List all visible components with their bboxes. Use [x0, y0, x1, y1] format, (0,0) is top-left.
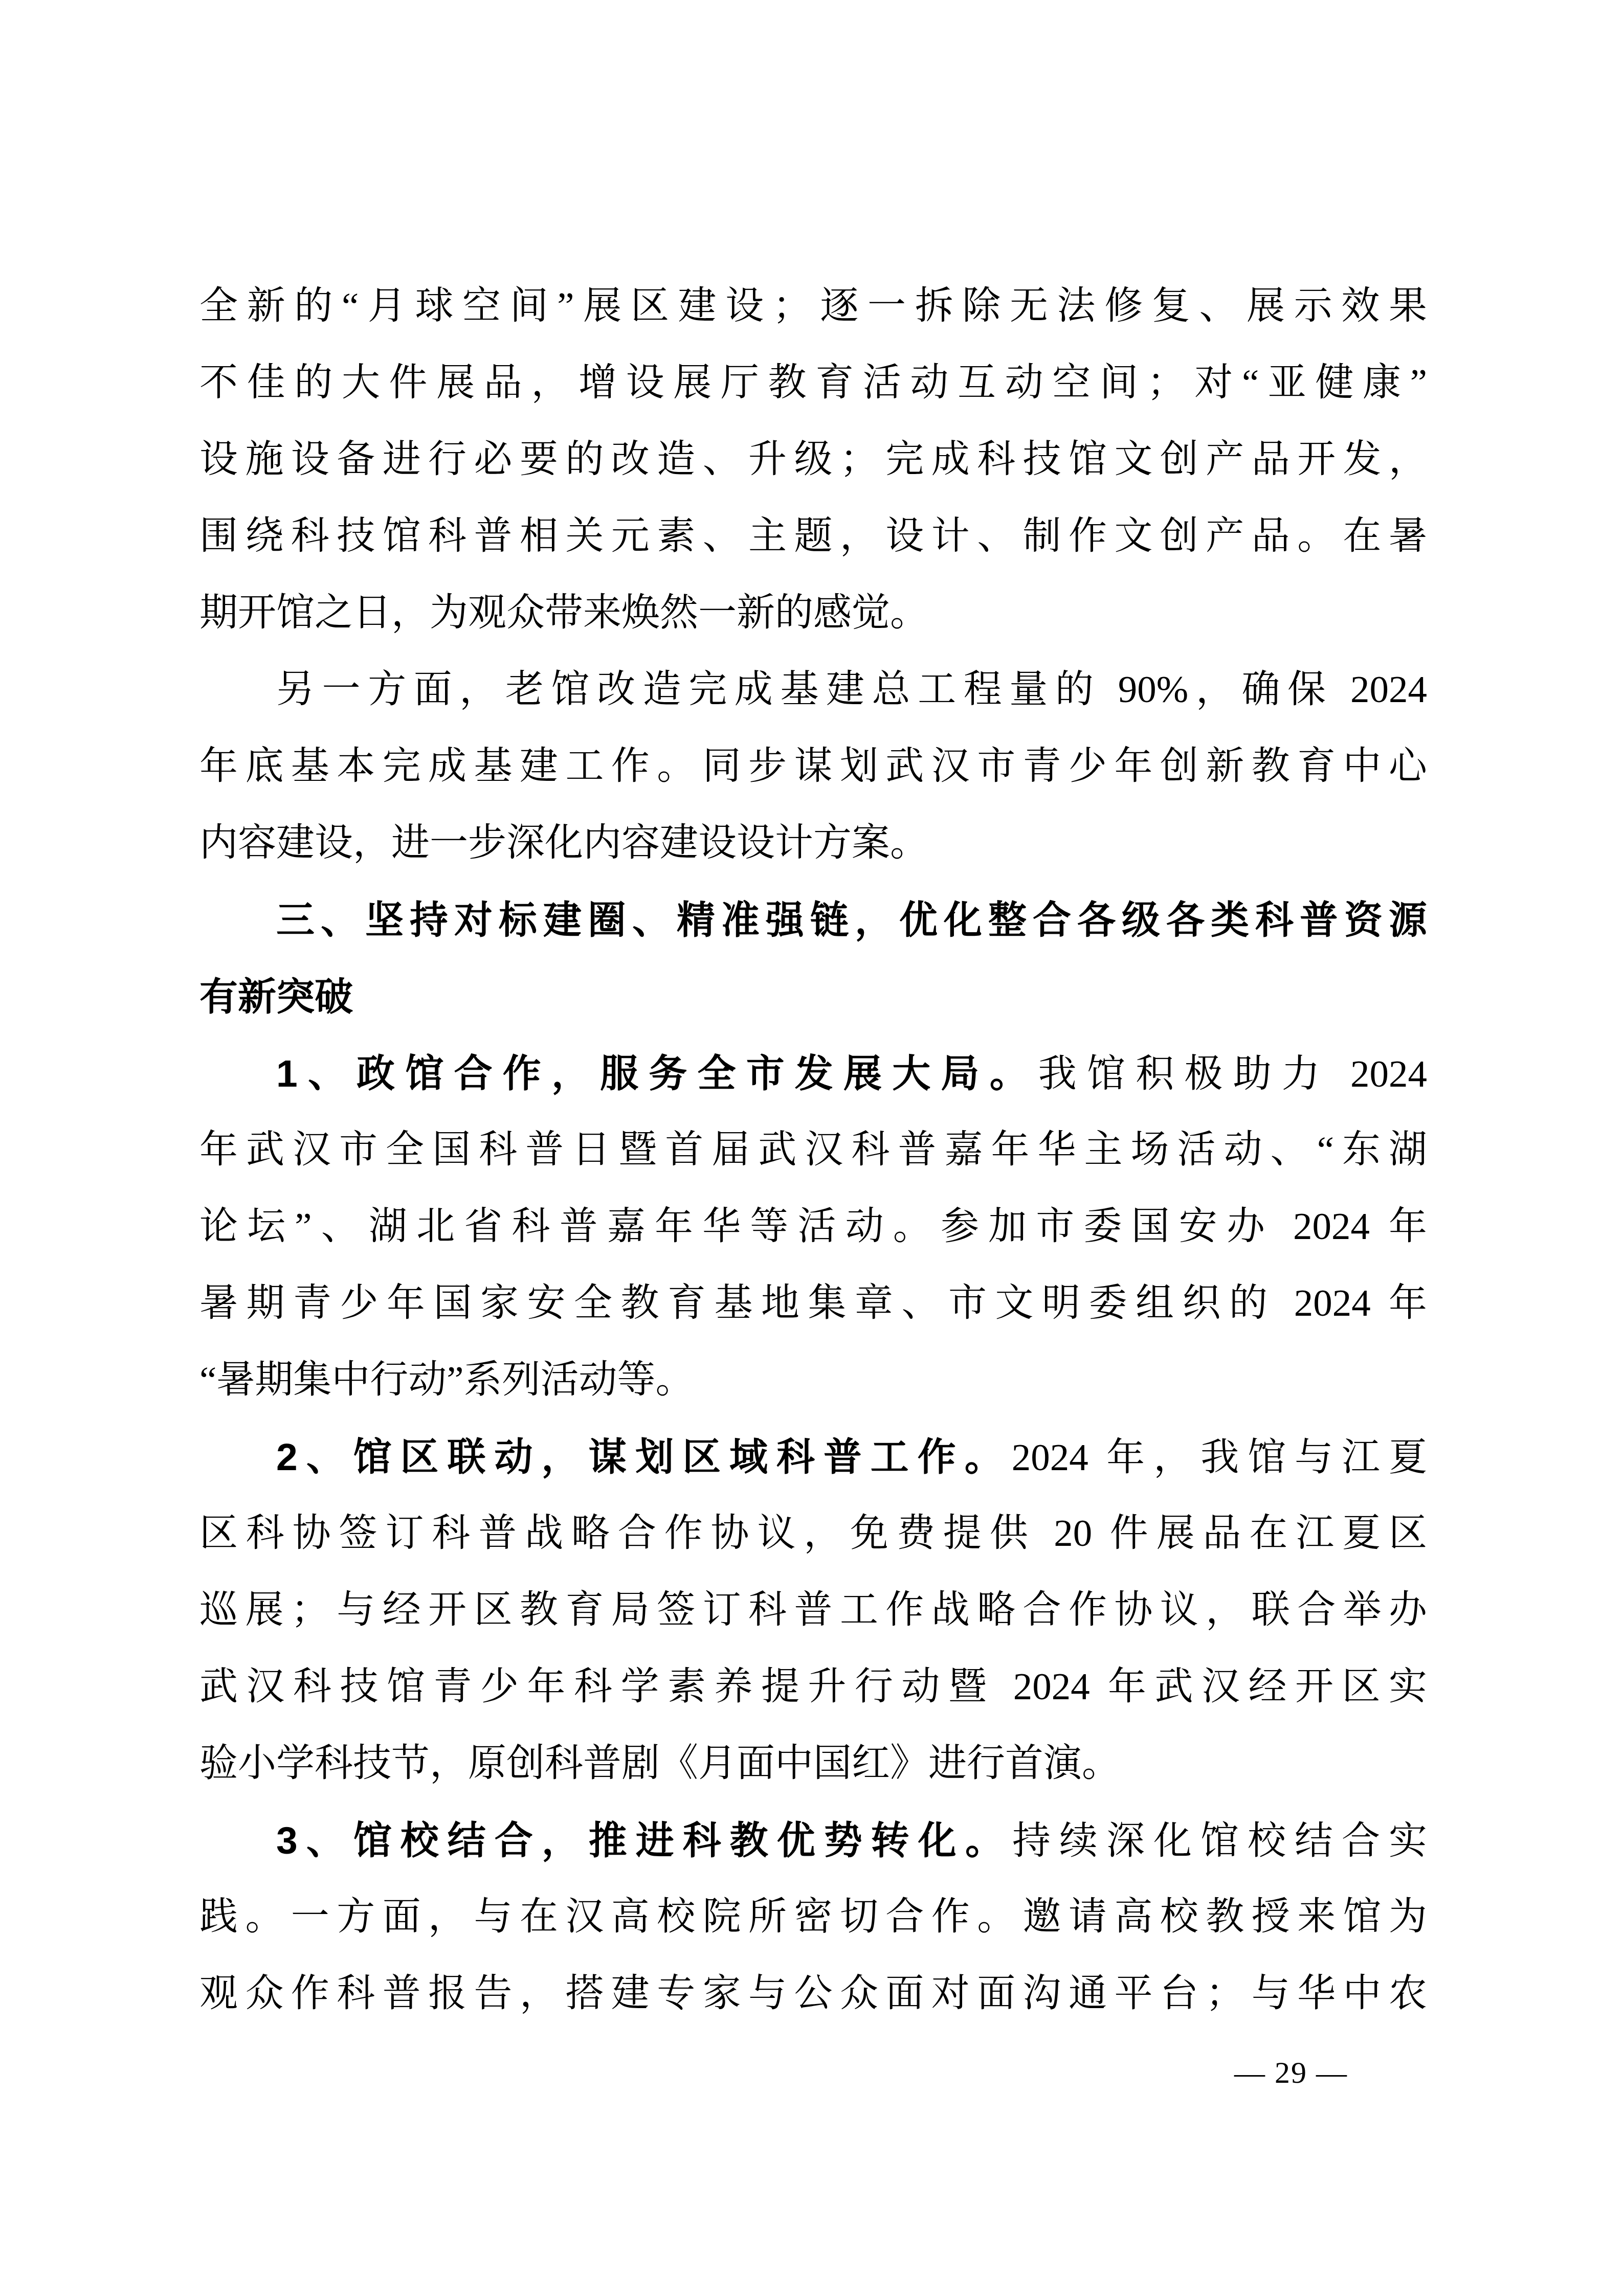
body-text: 全新的“月球空间”展区建设；逐一拆除无法修复、展示效果不佳的大件展品，增设展厅教…: [199, 268, 1427, 2032]
text-line: 全新的“月球空间”展区建设；逐一拆除无法修复、展示效果: [199, 268, 1427, 345]
line-text: 2024 年，我馆与江夏: [1012, 1436, 1427, 1479]
text-line: 年底基本完成基建工作。同步谋划武汉市青少年创新教育中心: [199, 728, 1427, 805]
document-page: 全新的“月球空间”展区建设；逐一拆除无法修复、展示效果不佳的大件展品，增设展厅教…: [0, 0, 1624, 2296]
text-line: 另一方面，老馆改造完成基建总工程量的 90%，确保 2024: [199, 651, 1427, 728]
text-line: 验小学科技节，原创科普剧《月面中国红》进行首演。: [199, 1725, 1427, 1802]
text-line: 内容建设，进一步深化内容建设设计方案。: [199, 805, 1427, 882]
text-line: 三、坚持对标建圈、精准强链，优化整合各级各类科普资源: [199, 882, 1427, 958]
text-line: 暑期青少年国家安全教育基地集章、市文明委组织的 2024 年: [199, 1265, 1427, 1342]
text-line: 有新突破: [199, 958, 1427, 1035]
line-text: 持续深化馆校结合实: [1012, 1820, 1427, 1862]
text-line: 期开馆之日，为观众带来焕然一新的感觉。: [199, 575, 1427, 651]
text-line: 践。一方面，与在汉高校院所密切合作。邀请高校教授来馆为: [199, 1879, 1427, 1955]
text-line: 不佳的大件展品，增设展厅教育活动互动空间；对“亚健康”: [199, 345, 1427, 421]
text-line: “暑期集中行动”系列活动等。: [199, 1342, 1427, 1419]
text-line: 武汉科技馆青少年科学素养提升行动暨 2024 年武汉经开区实: [199, 1649, 1427, 1725]
text-line: 区科协签订科普战略合作协议，免费提供 20 件展品在江夏区: [199, 1495, 1427, 1572]
page-number: — 29 —: [1234, 2056, 1348, 2089]
text-line: 论坛”、湖北省科普嘉年华等活动。参加市委国安办 2024 年: [199, 1188, 1427, 1265]
text-line: 观众作科普报告，搭建专家与公众面对面沟通平台；与华中农: [199, 1955, 1427, 2032]
text-line: 巡展；与经开区教育局签订科普工作战略合作协议，联合举办: [199, 1572, 1427, 1649]
line-bold-lead: 1、政馆合作，服务全市发展大局。: [276, 1052, 1038, 1095]
text-line: 1、政馆合作，服务全市发展大局。我馆积极助力 2024: [199, 1035, 1427, 1112]
line-bold-lead: 2、馆区联动，谋划区域科普工作。: [276, 1435, 1012, 1478]
line-text: 我馆积极助力 2024: [1038, 1053, 1427, 1095]
text-line: 年武汉市全国科普日暨首届武汉科普嘉年华主场活动、“东湖: [199, 1112, 1427, 1188]
text-line: 设施设备进行必要的改造、升级；完成科技馆文创产品开发，: [199, 421, 1427, 498]
line-bold-lead: 3、馆校结合，推进科教优势转化。: [276, 1819, 1012, 1862]
text-line: 围绕科技馆科普相关元素、主题，设计、制作文创产品。在暑: [199, 498, 1427, 575]
text-line: 2、馆区联动，谋划区域科普工作。2024 年，我馆与江夏: [199, 1419, 1427, 1495]
text-line: 3、馆校结合，推进科教优势转化。持续深化馆校结合实: [199, 1802, 1427, 1879]
